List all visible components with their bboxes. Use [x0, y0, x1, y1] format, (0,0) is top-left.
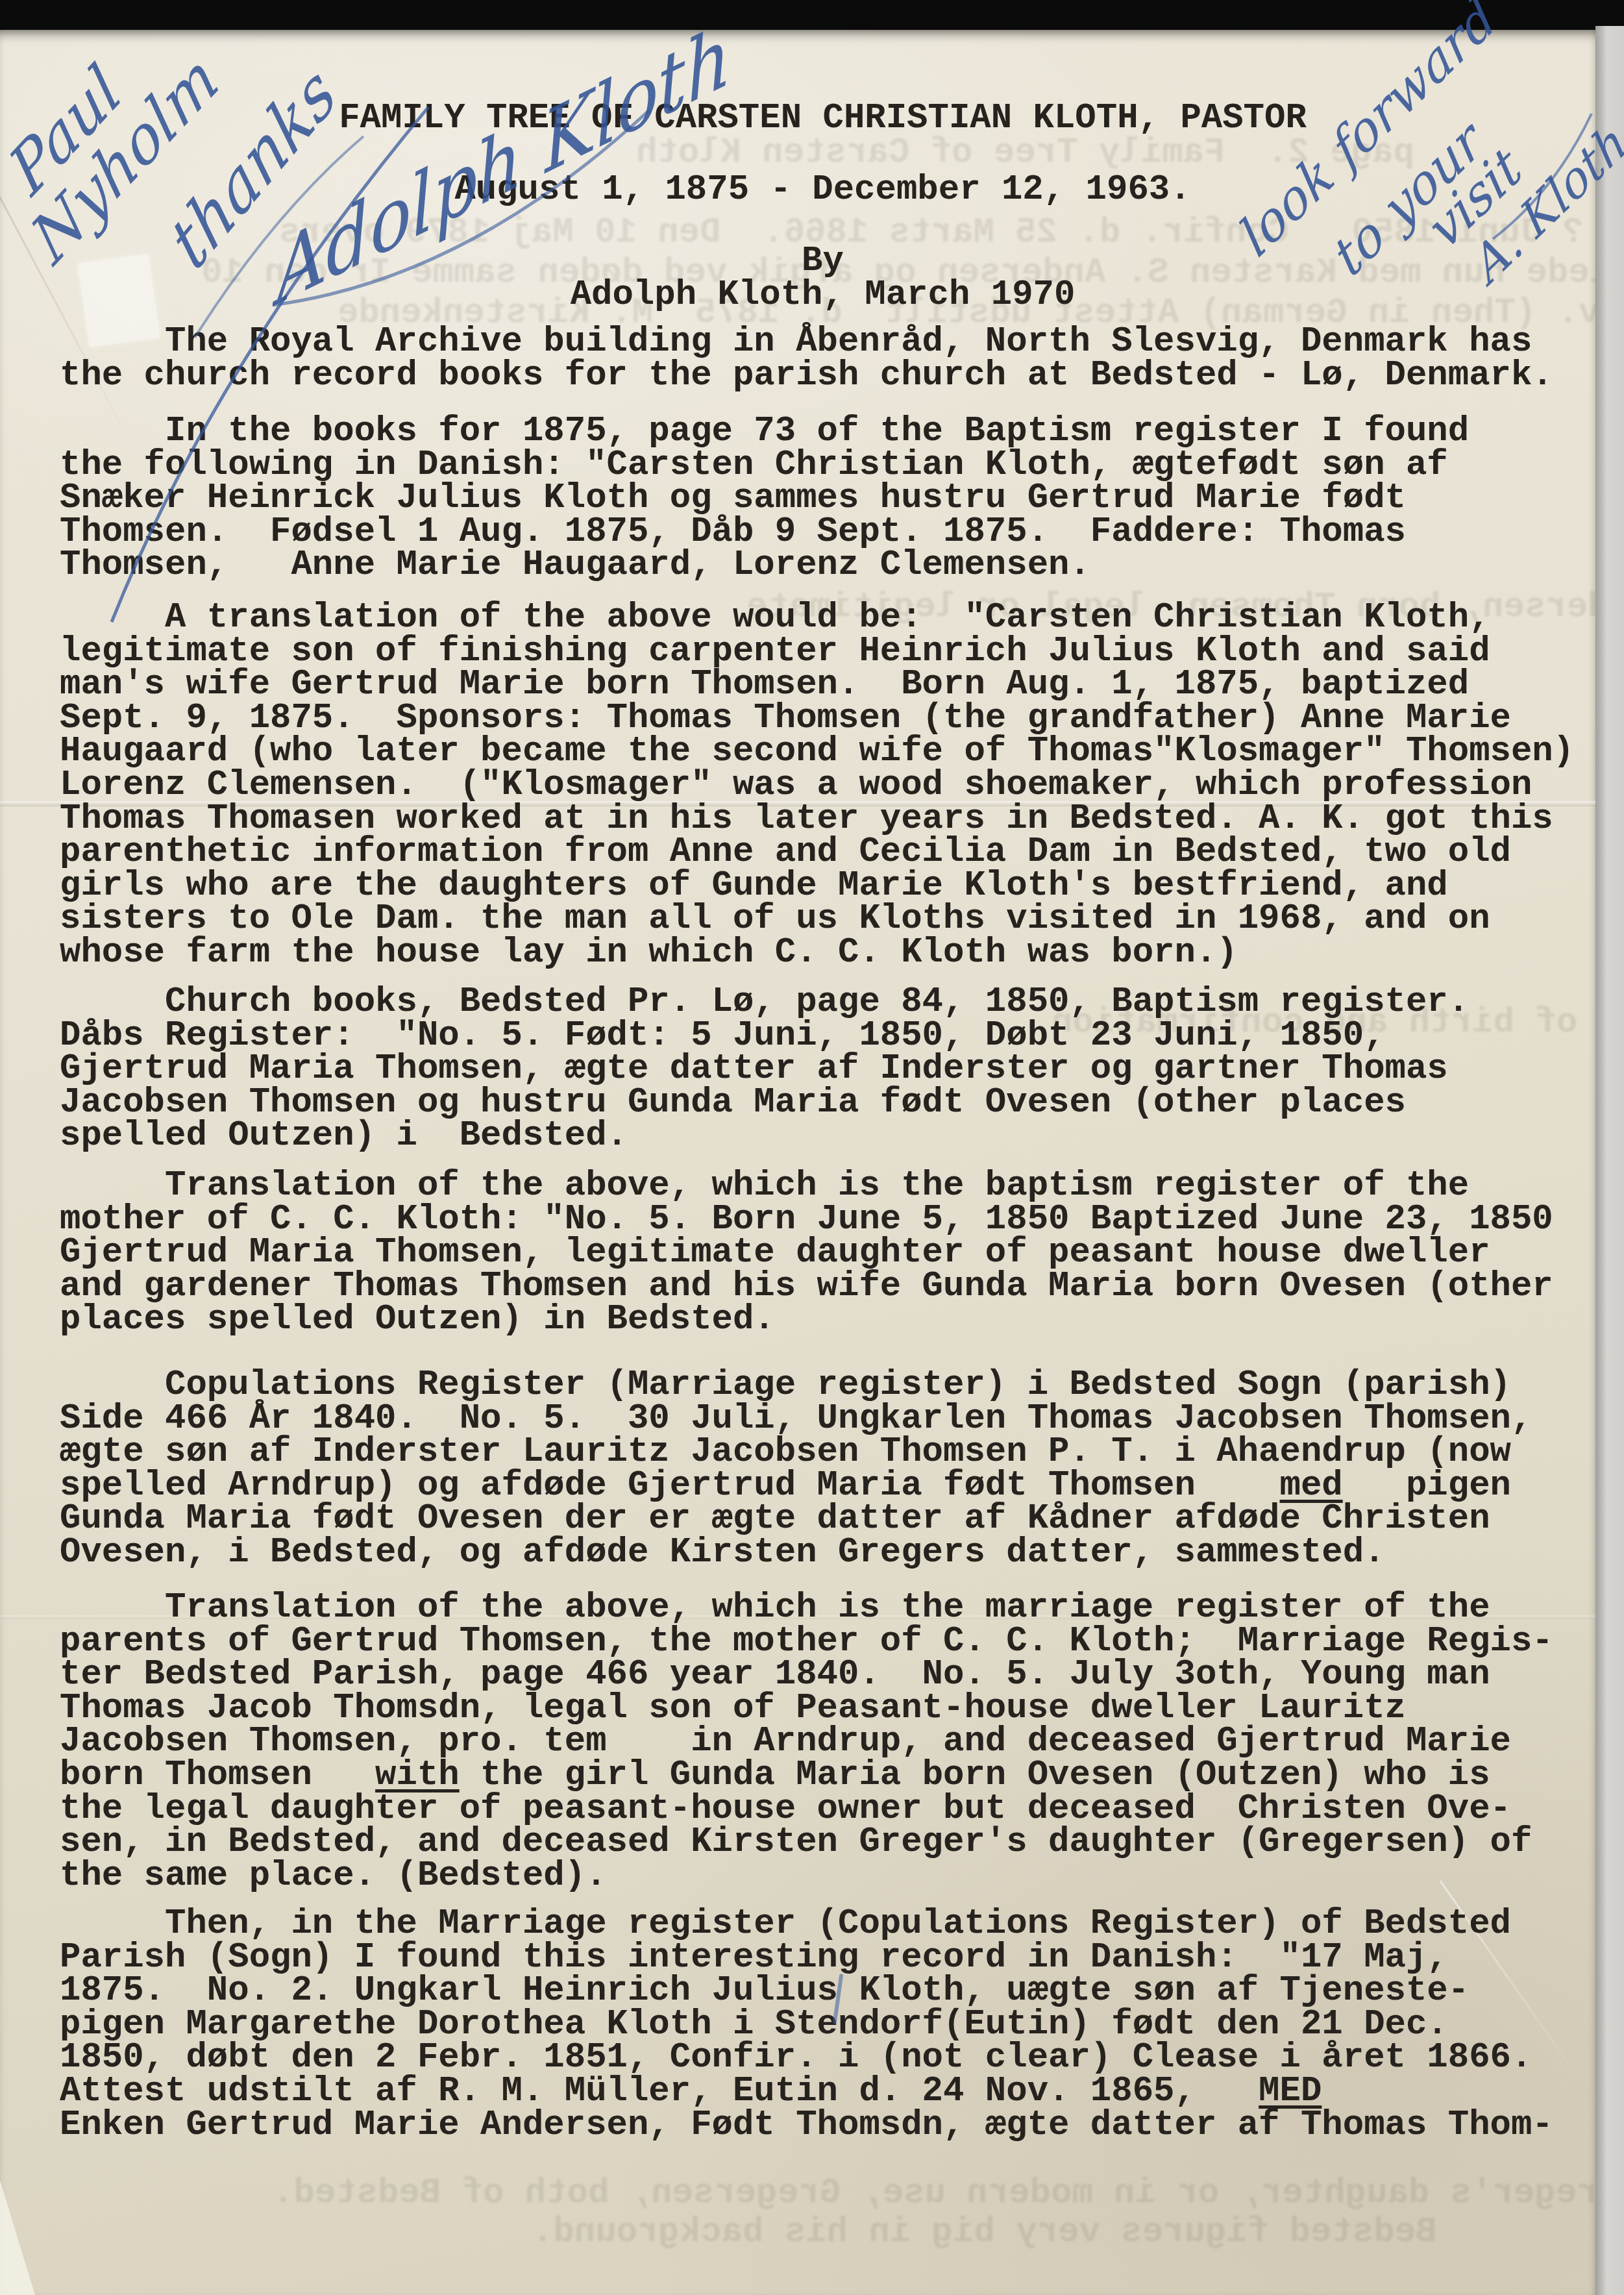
scanned-document: page 2. Family Tree of Carsten Klothden … [0, 0, 1624, 2295]
pen-flourish-strokes [0, 0, 1624, 2295]
